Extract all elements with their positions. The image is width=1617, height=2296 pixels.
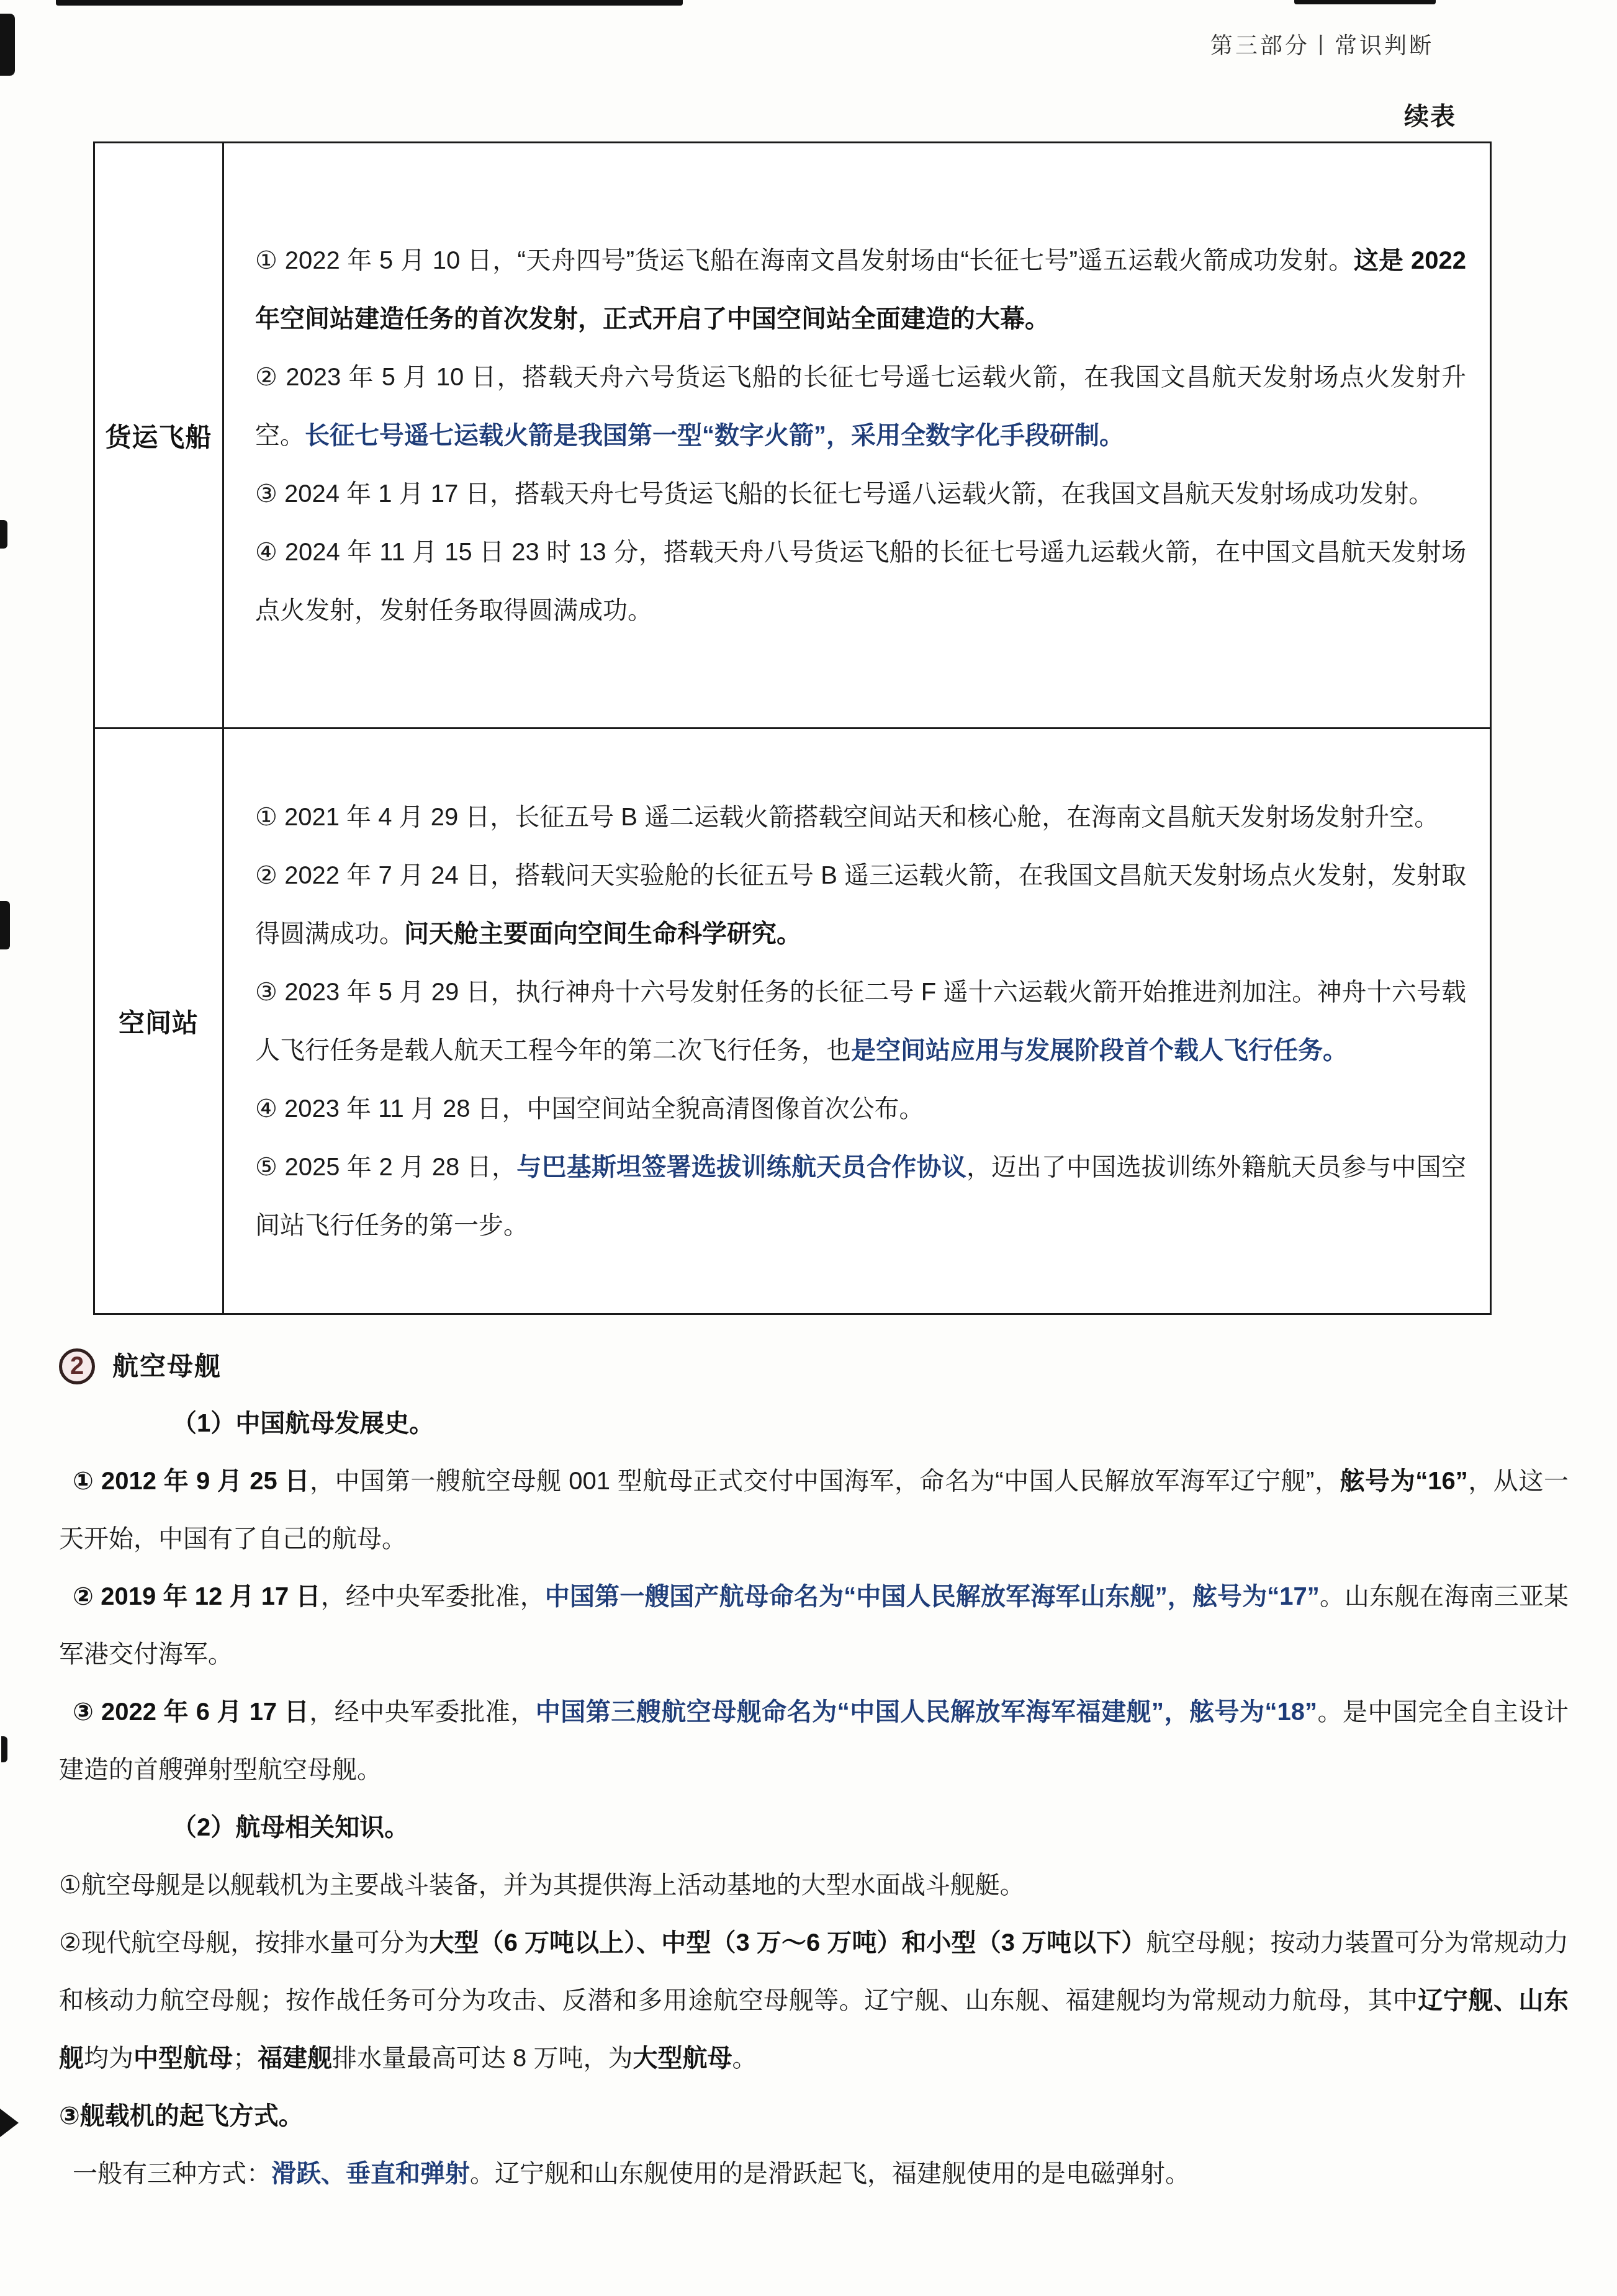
bold-text: ① 2012 年 9 月 25 日 — [73, 1468, 310, 1495]
section-heading: 2 航空母舰 — [59, 1337, 1569, 1395]
paragraph: ③ 2022 年 6 月 17 日，经中央军委批准，中国第三艘航空母舰命名为“中… — [59, 1684, 1569, 1799]
text: ，经中央军委批准， — [309, 1698, 535, 1726]
row-header-space-station: 空间站 — [95, 729, 224, 1313]
text: ④ 2024 年 11 月 15 日 23 时 13 分，搭载天舟八号货运飞船的… — [255, 539, 1466, 624]
highlighted-text: 是空间站应用与发展阶段首个载人飞行任务。 — [851, 1037, 1348, 1064]
section-title: 航空母舰 — [112, 1337, 222, 1395]
paragraph: ③ 2023 年 5 月 29 日，执行神舟十六号发射任务的长征二号 F 遥十六… — [255, 963, 1466, 1080]
bold-text: 问天舱主要面向空间生命科学研究。 — [404, 920, 801, 948]
paragraph: ④ 2024 年 11 月 15 日 23 时 13 分，搭载天舟八号货运飞船的… — [255, 523, 1466, 640]
text: 均为 — [84, 2045, 133, 2072]
scan-artifact — [1294, 0, 1436, 4]
text: ，中国第一艘航空母舰 001 型航母正式交付中国海军，命名为“中国人民解放军海军… — [310, 1468, 1340, 1495]
scan-artifact — [56, 0, 683, 6]
bold-text: 大型航母 — [633, 2045, 732, 2072]
text: ②现代航空母舰，按排水量可分为 — [59, 1929, 430, 1957]
page-header: 第三部分丨常识判断 — [1210, 29, 1434, 60]
paragraph: （1）中国航母发展史。 — [59, 1395, 1569, 1453]
highlighted-text: 长征七号遥七运载火箭是我国第一型“数字火箭”，采用全数字化手段研制。 — [305, 422, 1124, 449]
highlighted-text: 滑跃、垂直和弹射 — [271, 2160, 470, 2187]
bold-text: ② 2019 年 12 月 17 日 — [73, 1583, 321, 1610]
section-body: （1）中国航母发展史。① 2012 年 9 月 25 日，中国第一艘航空母舰 0… — [59, 1395, 1569, 2203]
scan-artifact — [0, 520, 7, 549]
row-header-cargo-spacecraft: 货运飞船 — [95, 143, 224, 727]
table-row: 货运飞船 ① 2022 年 5 月 10 日，“天舟四号”货运飞船在海南文昌发射… — [95, 143, 1490, 729]
bold-text: （2）航母相关知识。 — [172, 1814, 409, 1841]
aircraft-carrier-section: 2 航空母舰 （1）中国航母发展史。① 2012 年 9 月 25 日，中国第一… — [59, 1337, 1569, 2203]
paragraph: ①航空母舰是以舰载机为主要战斗装备，并为其提供海上活动基地的大型水面战斗舰艇。 — [59, 1857, 1569, 1914]
text: 。辽宁舰和山东舰使用的是滑跃起飞，福建舰使用的是电磁弹射。 — [470, 2160, 1190, 2187]
paragraph: ② 2023 年 5 月 10 日，搭载天舟六号货运飞船的长征七号遥七运载火箭，… — [255, 348, 1466, 465]
table-row: 空间站 ① 2021 年 4 月 29 日，长征五号 B 遥二运载火箭搭载空间站… — [95, 729, 1490, 1313]
text: ③ 2024 年 1 月 17 日，搭载天舟七号货运飞船的长征七号遥八运载火箭，… — [255, 480, 1433, 508]
bold-text: ③舰载机的起飞方式。 — [59, 2102, 304, 2130]
bold-text: ③ 2022 年 6 月 17 日 — [73, 1698, 309, 1726]
scan-artifact — [0, 2109, 19, 2137]
bold-text: 舷号为“16” — [1340, 1468, 1468, 1495]
text: ； — [233, 2045, 258, 2072]
paragraph: ② 2022 年 7 月 24 日，搭载问天实验舱的长征五号 B 遥三运载火箭，… — [255, 846, 1466, 963]
paragraph: ② 2019 年 12 月 17 日，经中央军委批准，中国第一艘国产航母命名为“… — [59, 1568, 1569, 1684]
text: ①航空母舰是以舰载机为主要战斗装备，并为其提供海上活动基地的大型水面战斗舰艇。 — [59, 1872, 1025, 1899]
paragraph: ① 2022 年 5 月 10 日，“天舟四号”货运飞船在海南文昌发射场由“长征… — [255, 231, 1466, 348]
scan-artifact — [1, 1736, 7, 1762]
bold-text: 福建舰 — [258, 2045, 332, 2072]
highlighted-text: 中国第一艘国产航母命名为“中国人民解放军海军山东舰”，舷号为“17” — [545, 1583, 1320, 1610]
text: ，经中央军委批准， — [321, 1583, 545, 1610]
paragraph: （2）航母相关知识。 — [59, 1799, 1569, 1857]
continued-table-label: 续表 — [1404, 97, 1456, 132]
scanned-textbook-page: { "page": { "header": "第三部分丨常识判断", "cont… — [0, 0, 1617, 2296]
scan-artifact — [0, 901, 10, 949]
text: ⑤ 2025 年 2 月 28 日， — [255, 1154, 516, 1181]
paragraph: ① 2012 年 9 月 25 日，中国第一艘航空母舰 001 型航母正式交付中… — [59, 1453, 1569, 1568]
text: ④ 2023 年 11 月 28 日，中国空间站全貌高清图像首次公布。 — [255, 1095, 924, 1123]
highlighted-text: 中国第三艘航空母舰命名为“中国人民解放军海军福建舰”，舷号为“18” — [536, 1698, 1317, 1726]
paragraph: ②现代航空母舰，按排水量可分为大型（6 万吨以上）、中型（3 万～6 万吨）和小… — [59, 1914, 1569, 2087]
text: ① 2021 年 4 月 29 日，长征五号 B 遥二运载火箭搭载空间站天和核心… — [255, 804, 1439, 831]
paragraph: ⑤ 2025 年 2 月 28 日，与巴基斯坦签署选拔训练航天员合作协议，迈出了… — [255, 1138, 1466, 1255]
row-content-space-station: ① 2021 年 4 月 29 日，长征五号 B 遥二运载火箭搭载空间站天和核心… — [224, 729, 1490, 1313]
paragraph: 一般有三种方式：滑跃、垂直和弹射。辽宁舰和山东舰使用的是滑跃起飞，福建舰使用的是… — [59, 2145, 1569, 2203]
row-content-cargo-spacecraft: ① 2022 年 5 月 10 日，“天舟四号”货运飞船在海南文昌发射场由“长征… — [224, 143, 1490, 727]
knowledge-table: 货运飞船 ① 2022 年 5 月 10 日，“天舟四号”货运飞船在海南文昌发射… — [93, 141, 1492, 1315]
text: 一般有三种方式： — [73, 2160, 271, 2187]
paragraph: ④ 2023 年 11 月 28 日，中国空间站全貌高清图像首次公布。 — [255, 1080, 1466, 1138]
text: 排水量最高可达 8 万吨，为 — [332, 2045, 633, 2072]
text: ① 2022 年 5 月 10 日，“天舟四号”货运飞船在海南文昌发射场由“长征… — [255, 247, 1354, 274]
paragraph: ① 2021 年 4 月 29 日，长征五号 B 遥二运载火箭搭载空间站天和核心… — [255, 788, 1466, 846]
scan-artifact — [0, 14, 15, 76]
bold-text: （1）中国航母发展史。 — [172, 1410, 434, 1437]
paragraph: ③舰载机的起飞方式。 — [59, 2087, 1569, 2145]
highlighted-text: 与巴基斯坦签署选拔训练航天员合作协议 — [516, 1154, 966, 1181]
bold-text: 大型（6 万吨以上）、中型（3 万～6 万吨）和小型（3 万吨以下） — [430, 1929, 1146, 1957]
circled-number-icon: 2 — [59, 1348, 95, 1384]
bold-text: 中型航母 — [133, 2045, 233, 2072]
paragraph: ③ 2024 年 1 月 17 日，搭载天舟七号货运飞船的长征七号遥八运载火箭，… — [255, 465, 1466, 523]
text: 。 — [732, 2045, 757, 2072]
